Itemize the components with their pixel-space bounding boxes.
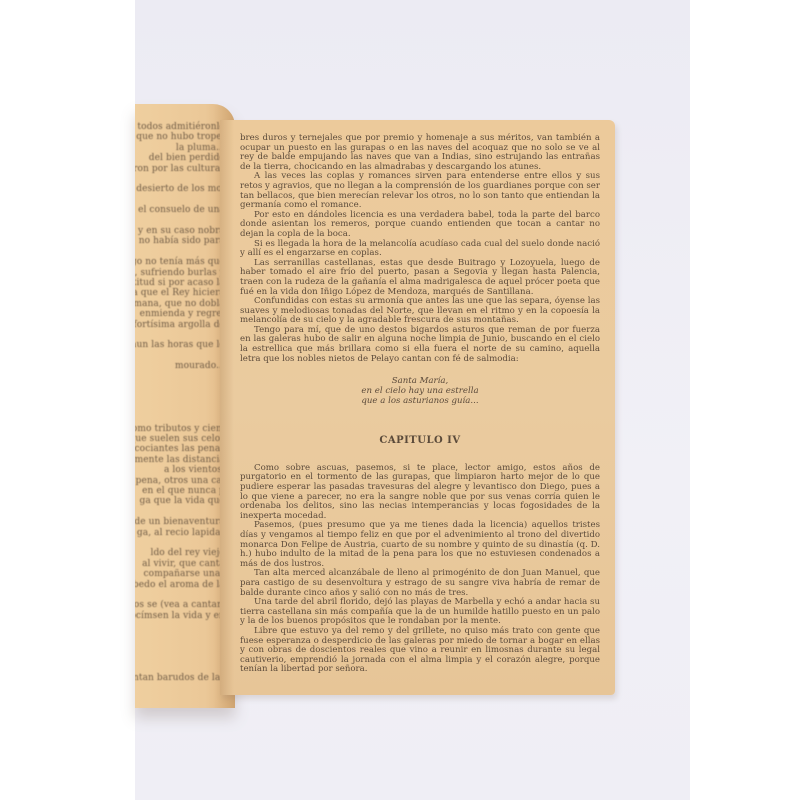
text-line: y en su caso nobra [138,226,225,236]
text-line: rmana, que no dobla [135,299,225,309]
page-text: bres duros y ternejales que por premio y… [240,134,600,675]
paragraph: Una tarde del abril florido, dejó las pl… [240,598,600,627]
text-line: a que el Rey hiciera [135,288,225,298]
text-line: llego no tenía más que [135,257,225,267]
paragraph: Si es llegada la hora de la melancolía a… [240,240,600,259]
text-line: ga que la vida que [140,496,225,506]
text-line: llos se (vea a cantar) [135,600,225,610]
text-line: bedo el aroma de la [135,580,225,590]
text-line: la pluma... [176,143,225,153]
text-line: ga, al recio lapidar [137,528,225,538]
text-line: compañarse unas [144,569,225,579]
text-line: no había sido para [139,236,225,246]
paragraph: A las veces las coplas y romances sirven… [240,172,600,210]
text-line: a los vientos. [164,465,225,475]
text-line: del bien perdido [149,153,225,163]
paragraph: Confundidas con estas su armonía que ant… [240,297,600,326]
paragraphs-bottom: Como sobre ascuas, pasemos, si te place,… [240,464,600,675]
text-line: desierto de los mo- [136,184,225,194]
text-line: fortísima argolla de [135,320,225,330]
paragraph: Tengo para mí, que de uno destos bigardo… [240,326,600,364]
chapter-title: CAPITULO IV [240,436,600,446]
text-line: en el que nunca p [142,486,225,496]
text-line: cantan barudos de las [135,673,225,683]
paragraph: Las serranillas castellanas, estas que d… [240,259,600,297]
text-line: como tributos y cien- [135,424,225,434]
right-page: bres duros y ternejales que por premio y… [220,120,615,695]
verse: Santa María, en el cielo hay una estrell… [240,376,600,406]
book-gutter-shadow [220,120,234,695]
text-line: acociantes las penas [135,444,225,454]
text-line: mourado... [175,361,225,371]
paragraph: Pasemos, (pues presumo que ya me tienes … [240,521,600,569]
text-line: que no hubo trope- [136,132,225,142]
paragraph: Tan alta merced alcanzábale de lleno al … [240,569,600,598]
paragraphs-top: bres duros y ternejales que por premio y… [240,134,600,364]
text-line: de un bienaventura [135,517,225,527]
paragraph: Como sobre ascuas, pasemos, si te place,… [240,464,600,522]
text-line: pena, otros una ca- [136,476,225,486]
text-line: al vivir, que canta [142,559,225,569]
verse-line: Santa María, [240,376,600,386]
text-line: el consuelo de una [138,205,225,215]
paragraph: Por esto en dándoles licencia es una ver… [240,211,600,240]
text-line: o, sufriendo burlas y [135,268,225,278]
paragraph: bres duros y ternejales que por premio y… [240,134,600,172]
text-line: que suelen sus celos [135,434,225,444]
verse-line: en el cielo hay una estrella [240,386,600,396]
text-line: ron por las culturas [135,164,225,174]
text-line: altitud si por acaso la [135,278,225,288]
text-line: nocímsen la vida y en [135,611,225,621]
paragraph: Libre que estuvo ya del remo y del grill… [240,627,600,675]
verse-line: que a los asturianos guía... [240,396,600,406]
text-line: todos admitiéronle [137,122,225,132]
text-line: aun las horas que lo [135,340,225,350]
text-line: ldo del rey viejo [150,548,225,558]
text-line: enmienda y regre- [140,309,225,319]
text-line: racemente las distancia [135,455,225,465]
